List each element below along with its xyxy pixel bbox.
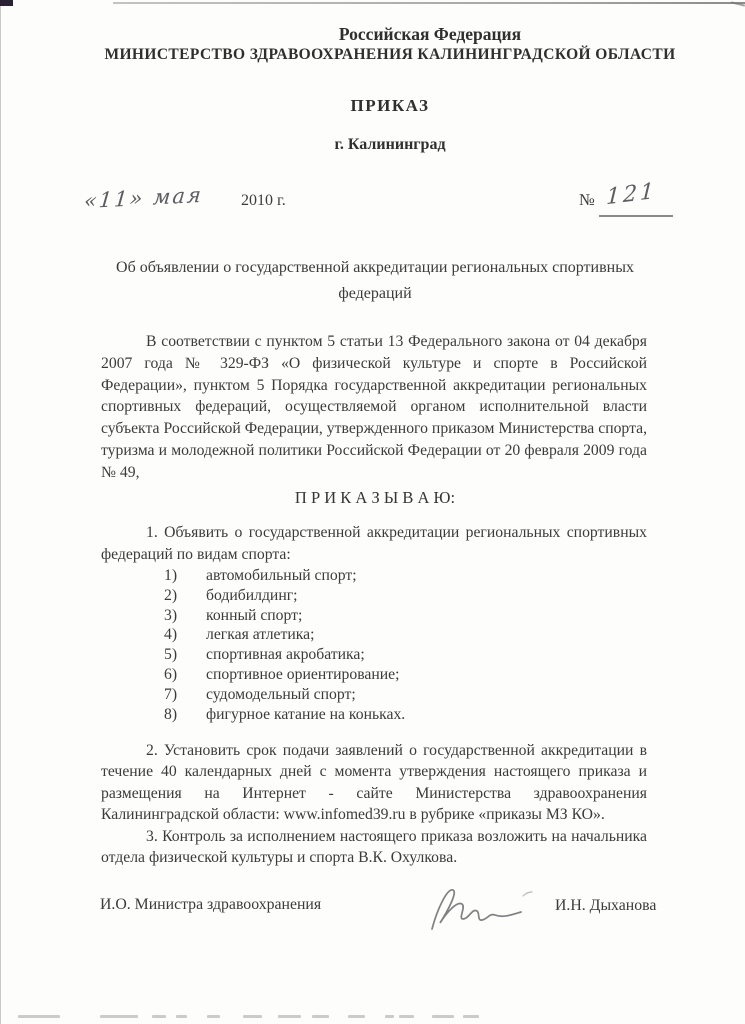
list-item-name: автомобильный спорт; [206,566,357,586]
header-country: Российская Федерация [45,24,745,45]
sports-list: 1) автомобильный спорт; 2) бодибилдинг; … [164,566,405,724]
signature-icon [425,882,540,934]
list-item-number: 5) [164,645,206,665]
list-item: 3) конный спорт; [164,606,405,626]
list-item-name: спортивное ориентирование; [206,665,399,685]
order-number-underline [599,215,673,217]
signature-position-title: И.О. Министра здравоохранения [100,896,321,914]
list-item: 4) легкая атлетика; [164,625,405,645]
document-type-title: ПРИКАЗ [45,96,735,116]
document-subject: Об объявлении о государственной аккредит… [95,255,655,306]
date-year: 2010 г. [241,192,286,210]
item1-text: 1. Объявить о государственной аккредитац… [101,522,647,566]
document-city: г. Калининград [45,136,735,154]
list-item: 6) спортивное ориентирование; [164,665,405,685]
list-item-name: фигурное катание на коньках. [206,705,405,725]
preamble-paragraph: В соответствии с пунктом 5 статьи 13 Фед… [101,331,647,484]
signature-name: И.Н. Дыханова [555,897,656,915]
list-item: 2) бодибилдинг; [164,586,405,606]
scan-top-line-artifact [113,2,745,4]
list-item-name: спортивная акробатика; [206,645,365,665]
items-2-3-paragraphs: 2. Установить срок подачи заявлений о го… [101,740,647,868]
list-item-number: 4) [164,625,206,645]
scanned-order-document: Российская Федерация МИНИСТЕРСТВО ЗДРАВО… [0,0,745,1024]
list-item: 8) фигурное катание на коньках. [164,705,405,725]
list-item-number: 3) [164,606,206,626]
item3-text: 3. Контроль за исполнением настоящего пр… [101,826,647,869]
list-item: 1) автомобильный спорт; [164,566,405,586]
item2-text: 2. Установить срок подачи заявлений о го… [101,740,647,826]
handwritten-order-number: 121 [606,179,658,211]
handwritten-date: «11» мая [83,183,204,213]
list-item: 7) судомодельный спорт; [164,685,405,705]
item1-paragraph: 1. Объявить о государственной аккредитац… [101,522,647,566]
number-sign: № [579,190,595,210]
header-ministry: МИНИСТЕРСТВО ЗДРАВООХРАНЕНИЯ КАЛИНИНГРАД… [45,46,735,64]
list-item-name: легкая атлетика; [206,625,314,645]
list-item-number: 8) [164,705,206,725]
list-item-number: 7) [164,685,206,705]
scan-edge-line [0,0,1,1024]
list-item-number: 2) [164,586,206,606]
list-item-name: бодибилдинг; [206,586,298,606]
list-item: 5) спортивная акробатика; [164,645,405,665]
list-item-number: 1) [164,566,206,586]
list-item-number: 6) [164,665,206,685]
preamble-text: В соответствии с пунктом 5 статьи 13 Фед… [101,331,647,484]
list-item-name: судомодельный спорт; [206,685,356,705]
scan-corner-artifact [0,0,13,6]
order-word: П Р И К А З Ы В А Ю: [95,488,655,508]
list-item-name: конный спорт; [206,606,302,626]
